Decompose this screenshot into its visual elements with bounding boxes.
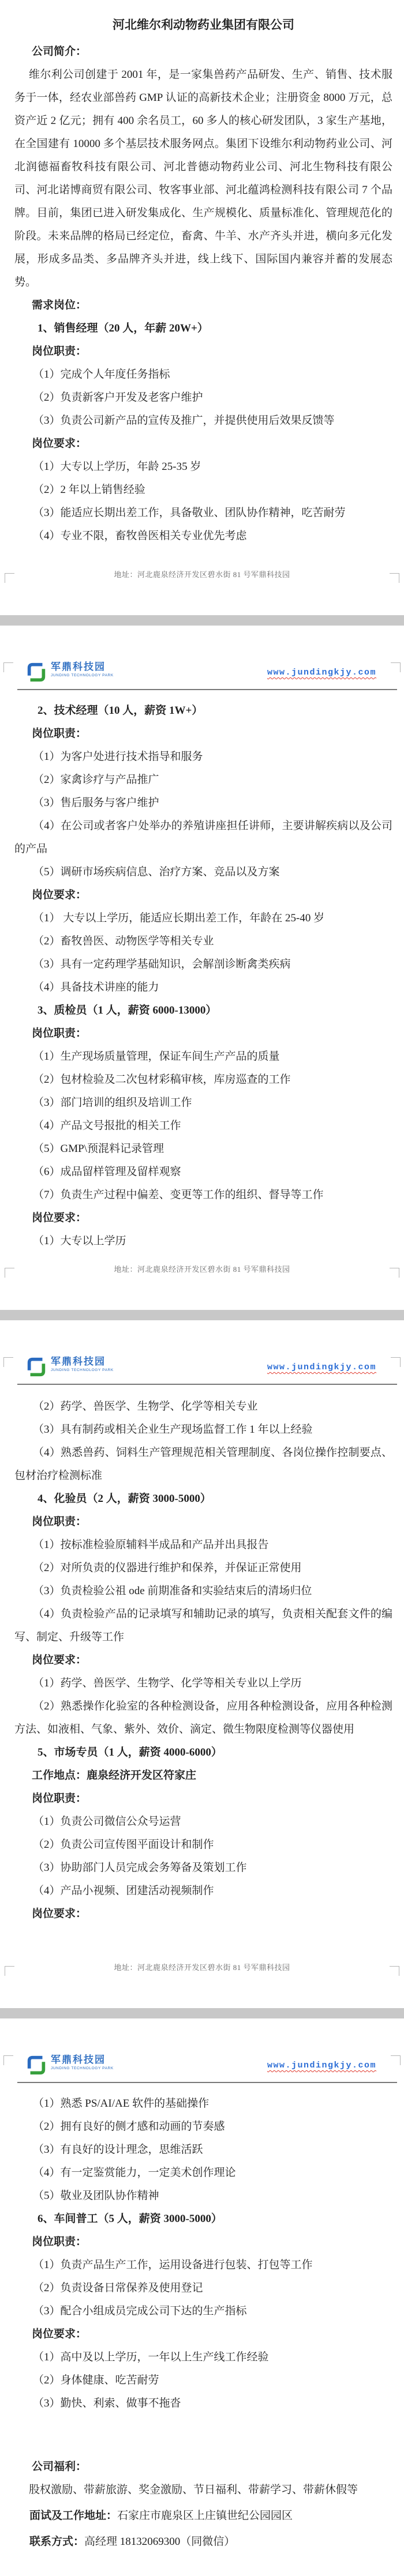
job-5-location: 工作地点：鹿泉经济开发区符家庄 — [32, 1764, 392, 1787]
duty-item: （4）在公司或者客户处举办的养殖讲座担任讲师，主要讲解疾病以及公司的产品 — [14, 815, 392, 861]
duty-item: （6）成品留样管理及留样观察 — [14, 1161, 392, 1184]
junding-logo-icon — [25, 661, 47, 686]
duty-item: （1）生产现场质量管理，保证车间生产产品的质量 — [14, 1045, 392, 1068]
duty-item: （1）按标准检验原辅料半成品和产品并出具报告 — [14, 1534, 392, 1557]
job-4-duties-heading: 岗位职责： — [32, 1511, 392, 1534]
page-header: 军鼎科技园 JUNDING TECHNOLOGY PARK www.jundin… — [0, 2018, 404, 2083]
page-header: 军鼎科技园 JUNDING TECHNOLOGY PARK www.jundin… — [0, 1320, 404, 1385]
job-1-duties-heading: 岗位职责： — [32, 340, 392, 363]
duty-item: （3）售后服务与客户维护 — [14, 792, 392, 815]
duty-item: （3）部门培训的组织及培训工作 — [14, 1091, 392, 1114]
requirement-item: （1）药学、兽医学、生物学、化学等相关专业以上学历 — [14, 1672, 392, 1695]
junding-logo: 军鼎科技园 JUNDING TECHNOLOGY PARK — [25, 2054, 114, 2079]
company-title: 河北维尔利动物药业集团有限公司 — [14, 0, 392, 35]
requirement-item: （2）拥有良好的侧才感和动画的节奏感 — [14, 2115, 392, 2138]
requirement-item: （4）熟悉兽药、饲料生产管理规范相关管理制度、各岗位操作控制要点、包材治疗检测标… — [14, 1441, 392, 1487]
job-4-heading: 4、化验员（2 人，薪资 3000-5000） — [38, 1487, 392, 1511]
website-link[interactable]: www.jundingkjy.com — [267, 667, 376, 679]
margin-corner-mark — [3, 662, 13, 672]
junding-logo-icon — [25, 1356, 47, 1381]
page-3-content: （2）药学、兽医学、生物学、化学等相关专业 （3）具有制药或相关企业生产现场监督… — [14, 1385, 392, 1926]
requirement-item: （5）敬业及团队协作精神 — [14, 2185, 392, 2208]
duty-item: （2）对所负责的仪器进行维护和保养，并保证正常使用 — [14, 1557, 392, 1580]
job-6-duties-heading: 岗位职责： — [32, 2231, 392, 2254]
job-2-duties-heading: 岗位职责： — [32, 722, 392, 745]
duty-item: （3）配合小组成员完成公司下达的生产指标 — [14, 2300, 392, 2323]
requirement-item: （3）具有一定药理学基础知识，会解剖诊断禽类疾病 — [14, 953, 392, 976]
page-footer-address: 地址：河北鹿泉经济开发区碧水街 81 号军鼎科技园 — [0, 569, 404, 581]
job-5-requirements-heading: 岗位要求： — [32, 1903, 392, 1926]
intro-heading: 公司简介： — [32, 40, 392, 63]
job-3-heading: 3、质检员（1 人，薪资 6000-13000） — [38, 999, 392, 1022]
duty-item: （2）负责公司宣传图平面设计和制作 — [14, 1833, 392, 1856]
page-4-content: （1）熟悉 PS/AI/AE 软件的基础操作 （2）拥有良好的侧才感和动画的节奏… — [14, 2083, 392, 2554]
requirement-item: （2）药学、兽医学、生物学、化学等相关专业 — [14, 1395, 392, 1418]
job-1-requirements-heading: 岗位要求： — [32, 432, 392, 455]
duty-item: （5）调研市场疾病信息、治疗方案、竞品以及方案 — [14, 861, 392, 884]
requirement-item: （2）身体健康、吃苦耐劳 — [14, 2369, 392, 2392]
page-header: 军鼎科技园 JUNDING TECHNOLOGY PARK www.jundin… — [0, 626, 404, 690]
job-3-duties-heading: 岗位职责： — [32, 1022, 392, 1045]
duty-item: （4）产品文号报批的相关工作 — [14, 1114, 392, 1138]
benefits-heading: 公司福利： — [32, 2456, 392, 2479]
brand-name: 军鼎科技园 — [51, 661, 114, 673]
requirement-item: （3）具有制药或相关企业生产现场监督工作 1 年以上经验 — [14, 1418, 392, 1441]
duty-item: （2）包材检验及二次包材彩稿审核，库房巡查的工作 — [14, 1068, 392, 1091]
page-4: 军鼎科技园 JUNDING TECHNOLOGY PARK www.jundin… — [0, 2018, 404, 2576]
logo-text: 军鼎科技园 JUNDING TECHNOLOGY PARK — [51, 661, 114, 678]
contact-label: 联系方式： — [29, 2536, 84, 2548]
page-separator — [0, 615, 404, 626]
page-separator — [0, 1310, 404, 1320]
junding-logo: 军鼎科技园 JUNDING TECHNOLOGY PARK — [25, 661, 114, 686]
requirement-item: （2）2 年以上销售经验 — [14, 479, 392, 502]
requirement-item: （1）高中及以上学历，一年以上生产线工作经验 — [14, 2346, 392, 2369]
job-1-heading: 1、销售经理（20 人，年薪 20W+） — [38, 317, 392, 340]
logo-text: 军鼎科技园 JUNDING TECHNOLOGY PARK — [51, 2054, 114, 2071]
duty-item: （7）负责生产过程中偏差、变更等工作的组织、督导等工作 — [14, 1184, 392, 1207]
requirement-item: （1）熟悉 PS/AI/AE 软件的基础操作 — [14, 2092, 392, 2115]
duty-item: （2）家禽诊疗与产品推广 — [14, 769, 392, 792]
website-link[interactable]: www.jundingkjy.com — [267, 2060, 376, 2072]
header-rule — [17, 1384, 397, 1385]
job-4-requirements-heading: 岗位要求： — [32, 1649, 392, 1672]
duty-item: （4）负责检验产品的记录填写和辅助记录的填写，负责相关配套文件的编写、制定、升级… — [14, 1603, 392, 1649]
duty-item: （3）负责公司新产品的宣传及推广，并提供使用后效果反馈等 — [14, 409, 392, 432]
interview-address-label: 面试及工作地址： — [29, 2510, 117, 2522]
interview-address-line: 面试及工作地址：石家庄市鹿泉区上庄镇世纪公园园区 — [29, 2505, 392, 2528]
margin-corner-mark — [391, 1357, 401, 1367]
job-2-heading: 2、技术经理（10 人，薪资 1W+） — [38, 699, 392, 722]
page-3: 军鼎科技园 JUNDING TECHNOLOGY PARK www.jundin… — [0, 1320, 404, 2008]
duty-item: （1）完成个人年度任务指标 — [14, 363, 392, 386]
intro-paragraph: 维尔利公司创建于 2001 年，是一家集兽药产品研发、生产、销售、技术服务于一体… — [14, 63, 392, 294]
document: 河北维尔利动物药业集团有限公司 公司简介： 维尔利公司创建于 2001 年，是一… — [0, 0, 404, 2576]
header-rule — [17, 689, 397, 690]
requirement-item: （4）有一定鉴赏能力，一定美术创作理论 — [14, 2161, 392, 2185]
page-footer-address: 地址：河北鹿泉经济开发区碧水街 81 号军鼎科技园 — [0, 1962, 404, 1974]
contact-line: 联系方式：高经理 18132069300（同微信） — [29, 2530, 392, 2554]
junding-logo: 军鼎科技园 JUNDING TECHNOLOGY PARK — [25, 1356, 114, 1381]
requirement-item: （2）熟悉操作化验室的各种检测设备，应用各种检测设备，应用各种检测方法、如液相、… — [14, 1695, 392, 1741]
requirement-item: （3）勤快、利索、做事不拖沓 — [14, 2392, 392, 2415]
page-2-content: 2、技术经理（10 人，薪资 1W+） 岗位职责： （1）为客户处进行技术指导和… — [14, 690, 392, 1253]
duty-item: （2）负责新客户开发及老客户维护 — [14, 386, 392, 409]
duty-item: （4）产品小视频、团建活动视频制作 — [14, 1880, 392, 1903]
requirement-item: （4）专业不限，畜牧兽医相关专业优先考虑 — [14, 525, 392, 548]
demand-heading: 需求岗位： — [32, 294, 392, 317]
requirement-item: （2）畜牧兽医、动物医学等相关专业 — [14, 930, 392, 953]
brand-subtitle: JUNDING TECHNOLOGY PARK — [51, 673, 114, 678]
job-3-requirements-heading: 岗位要求： — [32, 1207, 392, 1230]
requirement-item: （1） 大专以上学历，能适应长期出差工作，年龄在 25-40 岁 — [14, 907, 392, 930]
brand-subtitle: JUNDING TECHNOLOGY PARK — [51, 2066, 114, 2071]
job-5-duties-heading: 岗位职责： — [32, 1787, 392, 1810]
duty-item: （2）负责设备日常保养及使用登记 — [14, 2277, 392, 2300]
job-2-requirements-heading: 岗位要求： — [32, 884, 392, 907]
interview-address-value: 石家庄市鹿泉区上庄镇世纪公园园区 — [117, 2510, 293, 2522]
job-6-heading: 6、车间普工（5 人，薪资 3000-5000） — [38, 2208, 392, 2231]
duty-item: （3）协助部门人员完成会务筹备及策划工作 — [14, 1856, 392, 1880]
job-6-requirements-heading: 岗位要求： — [32, 2323, 392, 2346]
margin-corner-mark — [3, 2055, 13, 2065]
brand-name: 军鼎科技园 — [51, 2054, 114, 2066]
requirement-item: （1）大专以上学历，年龄 25-35 岁 — [14, 455, 392, 479]
brand-name: 军鼎科技园 — [51, 1356, 114, 1368]
junding-logo-icon — [25, 2054, 47, 2079]
requirement-item: （1）大专以上学历 — [14, 1230, 392, 1253]
page-2: 军鼎科技园 JUNDING TECHNOLOGY PARK www.jundin… — [0, 626, 404, 1310]
requirement-item: （3）能适应长期出差工作，具备敬业、团队协作精神，吃苦耐劳 — [14, 502, 392, 525]
job-5-heading: 5、市场专员（1 人，薪资 4000-6000） — [38, 1741, 392, 1764]
margin-corner-mark — [3, 1357, 13, 1367]
duty-item: （1）负责产品生产工作，运用设备进行包装、打包等工作 — [14, 2254, 392, 2277]
duty-item: （1）负责公司微信公众号运营 — [14, 1810, 392, 1833]
page-footer-address: 地址：河北鹿泉经济开发区碧水街 81 号军鼎科技园 — [0, 1264, 404, 1275]
margin-corner-mark — [391, 2055, 401, 2065]
duty-item: （1）为客户处进行技术指导和服务 — [14, 745, 392, 769]
page-1: 河北维尔利动物药业集团有限公司 公司简介： 维尔利公司创建于 2001 年，是一… — [0, 0, 404, 615]
contact-value: 高经理 18132069300（同微信） — [84, 2536, 235, 2548]
duty-item: （3）负责检验公祖 ode 前期准备和实验结束后的清场归位 — [14, 1580, 392, 1603]
benefits-block: 公司福利： 股权激励、带薪旅游、奖金激励、节日福利、带薪学习、带薪休假等 面试及… — [14, 2456, 392, 2554]
duty-item: （5）GMP\预混料记录管理 — [14, 1138, 392, 1161]
header-rule — [17, 2082, 397, 2083]
page-1-content: 河北维尔利动物药业集团有限公司 公司简介： 维尔利公司创建于 2001 年，是一… — [14, 0, 392, 548]
page-separator — [0, 2008, 404, 2018]
requirement-item: （4）具备技术讲座的能力 — [14, 976, 392, 999]
margin-corner-mark — [391, 662, 401, 672]
website-link[interactable]: www.jundingkjy.com — [267, 1362, 376, 1373]
brand-subtitle: JUNDING TECHNOLOGY PARK — [51, 1368, 114, 1373]
benefits-text: 股权激励、带薪旅游、奖金激励、节日福利、带薪学习、带薪休假等 — [29, 2479, 392, 2502]
requirement-item: （3）有良好的设计理念，思维活跃 — [14, 2138, 392, 2161]
logo-text: 军鼎科技园 JUNDING TECHNOLOGY PARK — [51, 1356, 114, 1373]
